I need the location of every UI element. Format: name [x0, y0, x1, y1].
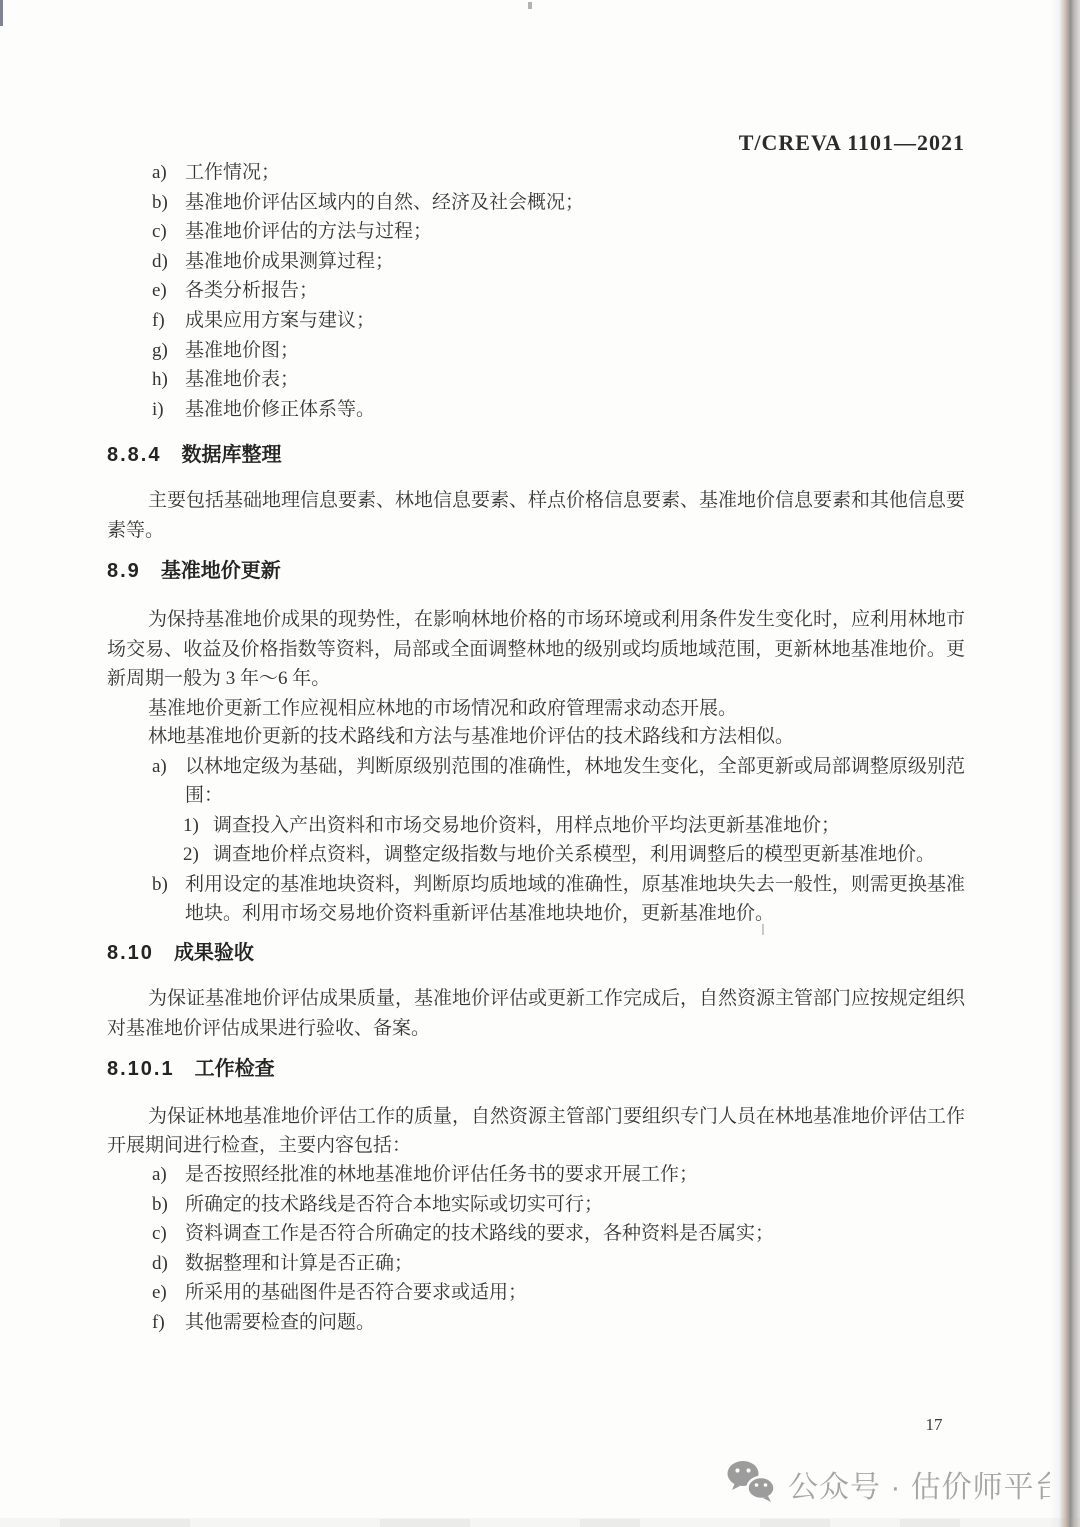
page-number: 17 — [904, 1415, 964, 1435]
list-marker: e) — [152, 1278, 185, 1308]
list-marker: 1) — [183, 811, 213, 840]
list-item: f)成果应用方案与建议； — [107, 306, 965, 336]
section-heading-8-9: 8.9基准地价更新 — [107, 558, 965, 584]
list-marker: 2) — [183, 840, 213, 869]
section-number: 8.10 — [107, 942, 154, 964]
list-item: a)以林地定级为基础，判断原级别范围的准确性，林地发生变化，全部更新或局部调整原… — [107, 752, 965, 811]
section-number: 8.9 — [107, 560, 141, 582]
list-item: e)所采用的基础图件是否符合要求或适用； — [107, 1278, 965, 1308]
list-item: e)各类分析报告； — [107, 276, 965, 306]
list-marker: d) — [152, 247, 185, 277]
paragraph-8-10: 为保证基准地价评估成果质量，基准地价评估或更新工作完成后，自然资源主管部门应按规… — [107, 984, 965, 1043]
scan-speck — [380, 1519, 470, 1527]
list-item-text: 基准地价图； — [185, 336, 965, 366]
inspection-items-list: a)是否按照经批准的林地基准地价评估任务书的要求开展工作； b)所确定的技术路线… — [107, 1160, 965, 1338]
list-item-text: 所采用的基础图件是否符合要求或适用； — [185, 1278, 965, 1308]
list-item-text: 基准地价表； — [185, 365, 965, 395]
paragraph-8-9-2: 基准地价更新工作应视相应林地的市场情况和政府管理需求动态开展。 — [107, 694, 965, 724]
list-item: d)数据整理和计算是否正确； — [107, 1249, 965, 1279]
paragraph-8-9-3: 林地基准地价更新的技术路线和方法与基准地价评估的技术路线和方法相似。 — [107, 722, 965, 752]
scan-speck — [580, 1519, 640, 1527]
list-item: a)是否按照经批准的林地基准地价评估任务书的要求开展工作； — [107, 1160, 965, 1190]
section-heading-8-8-4: 8.8.4数据库整理 — [107, 442, 965, 468]
scan-speck — [900, 1519, 960, 1527]
list-item-text: 基准地价评估区域内的自然、经济及社会概况； — [185, 188, 965, 218]
scan-speck — [0, 0, 3, 26]
scan-speck — [760, 1519, 830, 1527]
paragraph-8-8-4: 主要包括基础地理信息要素、林地信息要素、样点价格信息要素、基准地价信息要素和其他… — [107, 486, 965, 546]
section-heading-8-10-1: 8.10.1工作检查 — [107, 1056, 965, 1082]
list-marker: d) — [152, 1249, 185, 1279]
list-item: b)利用设定的基准地块资料，判断原均质地域的准确性，原基准地块失去一般性，则需更… — [107, 870, 965, 929]
list-marker: i) — [152, 395, 185, 425]
list-item-text: 数据整理和计算是否正确； — [185, 1249, 965, 1279]
scan-speck — [762, 924, 764, 935]
list-marker: c) — [152, 1219, 185, 1249]
list-item-text: 成果应用方案与建议； — [185, 306, 965, 336]
list-marker: h) — [152, 365, 185, 395]
report-contents-list: a)工作情况； b)基准地价评估区域内的自然、经济及社会概况； c)基准地价评估… — [107, 158, 965, 424]
wechat-icon — [726, 1460, 776, 1509]
section-title: 数据库整理 — [181, 444, 281, 466]
standard-number-header: T/CREVA 1101—2021 — [107, 130, 965, 156]
section-title: 工作检查 — [195, 1058, 275, 1080]
list-item: b)基准地价评估区域内的自然、经济及社会概况； — [107, 188, 965, 218]
list-item-text: 所确定的技术路线是否符合本地实际或切实可行； — [185, 1190, 965, 1220]
sub-list-item: 2)调查地价样点资料，调整定级指数与地价关系模型，利用调整后的模型更新基准地价。 — [107, 840, 965, 869]
list-item-text: 各类分析报告； — [185, 276, 965, 306]
sub-list-item: 1)调查投入产出资料和市场交易地价资料，用样点地价平均法更新基准地价； — [107, 811, 965, 840]
section-title: 成果验收 — [174, 942, 254, 964]
list-marker: b) — [152, 870, 185, 929]
list-item: i)基准地价修正体系等。 — [107, 395, 965, 425]
scanned-document-page: T/CREVA 1101—2021 a)工作情况； b)基准地价评估区域内的自然… — [0, 0, 1080, 1527]
list-marker: a) — [152, 752, 185, 811]
list-marker: e) — [152, 276, 185, 306]
list-item: b)所确定的技术路线是否符合本地实际或切实可行； — [107, 1190, 965, 1220]
page-edge-shadow — [1050, 0, 1080, 1527]
list-item-text: 基准地价成果测算过程； — [185, 247, 965, 277]
wechat-watermark: 公众号 · 估价师平台 — [726, 1460, 1066, 1508]
list-item-text: 利用设定的基准地块资料，判断原均质地域的准确性，原基准地块失去一般性，则需更换基… — [185, 870, 965, 929]
update-steps-list: a)以林地定级为基础，判断原级别范围的准确性，林地发生变化，全部更新或局部调整原… — [107, 752, 965, 928]
paragraph-8-9-1: 为保持基准地价成果的现势性，在影响林地价格的市场环境或利用条件发生变化时，应利用… — [107, 605, 965, 694]
list-item: c)基准地价评估的方法与过程； — [107, 217, 965, 247]
list-marker: g) — [152, 336, 185, 366]
section-number: 8.10.1 — [107, 1058, 175, 1080]
list-item-text: 基准地价修正体系等。 — [185, 395, 965, 425]
list-item: c)资料调查工作是否符合所确定的技术路线的要求，各种资料是否属实； — [107, 1219, 965, 1249]
list-item: g)基准地价图； — [107, 336, 965, 366]
list-item-text: 以林地定级为基础，判断原级别范围的准确性，林地发生变化，全部更新或局部调整原级别… — [185, 752, 965, 811]
watermark-text: 公众号 · 估价师平台 — [788, 1462, 1066, 1506]
list-marker: f) — [152, 306, 185, 336]
list-marker: b) — [152, 1190, 185, 1220]
list-item-text: 调查地价样点资料，调整定级指数与地价关系模型，利用调整后的模型更新基准地价。 — [213, 840, 965, 869]
list-item: h)基准地价表； — [107, 365, 965, 395]
list-item-text: 工作情况； — [185, 158, 965, 188]
list-item: f)其他需要检查的问题。 — [107, 1308, 965, 1338]
list-marker: c) — [152, 217, 185, 247]
list-marker: b) — [152, 188, 185, 218]
list-item-text: 基准地价评估的方法与过程； — [185, 217, 965, 247]
list-item-text: 资料调查工作是否符合所确定的技术路线的要求，各种资料是否属实； — [185, 1219, 965, 1249]
list-item-text: 调查投入产出资料和市场交易地价资料，用样点地价平均法更新基准地价； — [213, 811, 965, 840]
list-item-text: 其他需要检查的问题。 — [185, 1308, 965, 1338]
section-title: 基准地价更新 — [161, 560, 281, 582]
scan-speck — [528, 2, 532, 9]
paragraph-8-10-1: 为保证林地基准地价评估工作的质量，自然资源主管部门要组织专门人员在林地基准地价评… — [107, 1102, 965, 1160]
scan-speck — [60, 1519, 190, 1527]
list-item-text: 是否按照经批准的林地基准地价评估任务书的要求开展工作； — [185, 1160, 965, 1190]
list-marker: a) — [152, 1160, 185, 1190]
section-number: 8.8.4 — [107, 444, 161, 466]
section-heading-8-10: 8.10成果验收 — [107, 940, 965, 966]
list-marker: f) — [152, 1308, 185, 1338]
list-item: d)基准地价成果测算过程； — [107, 247, 965, 277]
list-item: a)工作情况； — [107, 158, 965, 188]
list-marker: a) — [152, 158, 185, 188]
